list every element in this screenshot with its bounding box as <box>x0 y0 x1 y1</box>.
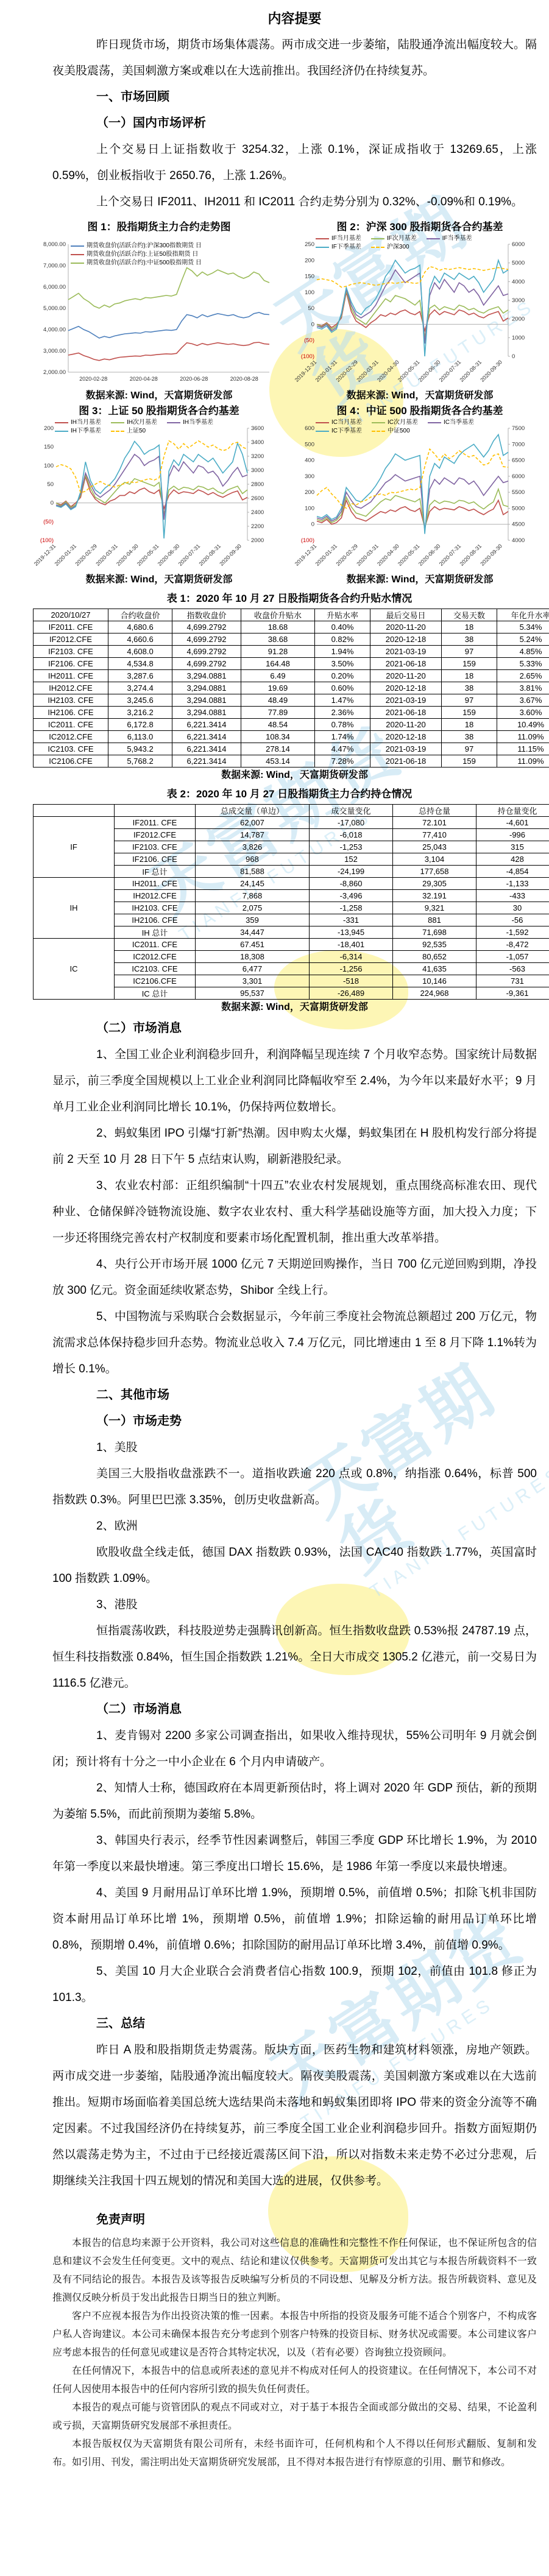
figure-3: 图 3：上证 50 股指期货各合约基差IH当月基差IH次月基差IH当季基差IH下… <box>33 404 285 588</box>
svg-text:2020-09-30: 2020-09-30 <box>479 359 503 383</box>
table-cell: IC2012.CFE <box>34 731 108 743</box>
table-cell: -1,256 <box>310 963 393 975</box>
table-cell: 11.09% <box>497 755 549 768</box>
legend-item: IH次月基差 <box>111 418 157 426</box>
table-cell: 3,826 <box>196 841 310 853</box>
table-cell: -18,401 <box>310 939 393 951</box>
table-cell: 指数收盘价 <box>172 609 241 621</box>
table-cell: 77.89 <box>241 707 315 719</box>
paragraph: 2、蚂蚁集团 IPO 引爆“打新”热潮。因申购太火爆，蚂蚁集团在 H 股机构发行… <box>52 1120 537 1173</box>
paragraph: 4、美国 9 月耐用品订单环比增 1.9%，预期增 0.5%，前值增 0.5%；… <box>52 1880 537 1958</box>
legend-label: IF次月基差 <box>387 235 417 242</box>
legend-item: IC次月基差 <box>372 418 418 426</box>
table-cell: IF2103. CFE <box>115 841 196 853</box>
svg-text:4000: 4000 <box>512 537 525 544</box>
paragraph: 美国三大股指收盘涨跌不一。道指收跌逾 220 点或 0.8%，纳指涨 0.64%… <box>52 1461 537 1513</box>
legend-swatch <box>71 245 84 247</box>
table-cell: 14,787 <box>196 829 310 841</box>
table-cell: 2020-11-20 <box>370 670 442 682</box>
svg-text:250: 250 <box>305 241 314 248</box>
chart-legend: IF当月基差IF次月基差IF当季基差IF下季基差沪深300 <box>316 235 520 251</box>
disclaimer-section: 免责声明 本报告的信息均来源于公开资料，我公司对这些信息的准确性和完整性不作任何… <box>52 2207 537 2472</box>
svg-text:2000: 2000 <box>251 537 264 544</box>
legend-swatch <box>316 431 329 432</box>
table-cell: IH2012.CFE <box>115 890 196 902</box>
svg-text:200: 200 <box>305 489 314 496</box>
table-row: IHIH2011. CFE24,145-8,86029,305-1,133 <box>34 878 549 890</box>
chart-series-line <box>68 342 269 361</box>
table-cell: 6,477 <box>196 963 310 975</box>
svg-text:6500: 6500 <box>512 457 525 464</box>
table-cell: 18 <box>442 719 497 731</box>
table-cell: 6.49 <box>241 670 315 682</box>
legend-label: IC当季基差 <box>444 418 474 426</box>
table-cell: 2021-06-18 <box>370 658 442 670</box>
table-cell: 19.69 <box>241 682 315 694</box>
table-cell: 3.50% <box>315 658 370 670</box>
table-cell: 0.20% <box>315 670 370 682</box>
table-cell: 4,534.8 <box>108 658 172 670</box>
table-cell: 0.40% <box>315 621 370 633</box>
heading-h1: 一、市场回顾 <box>96 84 537 110</box>
table-cell: IF2011. CFE <box>34 621 108 633</box>
report-content: 内容提要 昨日现货市场，期货市场集体震荡。两市成交进一步萎缩，陆股通净流出幅度较… <box>0 0 549 2472</box>
table-cell: 2021-06-18 <box>370 707 442 719</box>
legend-swatch <box>316 422 329 423</box>
svg-text:50: 50 <box>47 481 54 488</box>
table-cell: 5,943.2 <box>108 743 172 755</box>
legend-swatch <box>316 238 329 239</box>
svg-text:2800: 2800 <box>251 481 264 488</box>
table-cell: 67.451 <box>196 939 310 951</box>
legend-swatch <box>55 422 68 423</box>
paragraph: 4、央行公开市场开展 1000 亿元 7 天期逆回购操作，当日 700 亿元逆回… <box>52 1251 537 1304</box>
table-cell: 2.36% <box>315 707 370 719</box>
chart-legend: IC当月基差IC次月基差IC当季基差IC下季基差中证500 <box>316 418 520 435</box>
legend-item: IC当季基差 <box>428 418 474 426</box>
legend-label: IC当月基差 <box>331 418 362 426</box>
table-cell: 3,294.0881 <box>172 707 241 719</box>
table-cell: IH2011. CFE <box>34 670 108 682</box>
table-cell: 453.14 <box>241 755 315 768</box>
legend-item: 中证500 <box>372 427 410 435</box>
table-cell: 4,608.0 <box>108 646 172 658</box>
table-cell: IF <box>34 817 115 878</box>
legend-label: IC次月基差 <box>388 418 418 426</box>
table-cell: 97 <box>442 646 497 658</box>
chart-legend: IH当月基差IH次月基差IH当季基差IH下季基差上证50 <box>55 418 260 435</box>
table-row: IC2103. CFE5,943.26,221.3414278.144.47%2… <box>34 743 549 755</box>
table-cell: -56 <box>476 914 549 926</box>
legend-item: 期货收盘价(活跃合约):中证500股指期货 日 <box>71 259 202 267</box>
table-cell: 总成交量（单边） <box>196 805 310 817</box>
table-cell: -6,314 <box>310 951 393 963</box>
legend-label: 期货收盘价(活跃合约):上证50股指期货 日 <box>87 250 198 258</box>
table-cell: -433 <box>476 890 549 902</box>
table-cell: 5.33% <box>497 658 549 670</box>
table-cell: -518 <box>310 975 393 987</box>
page-title: 内容提要 <box>52 6 537 32</box>
table-cell: 7.28% <box>315 755 370 768</box>
table-cell: IH2103. CFE <box>34 694 108 707</box>
table-cell: 25,043 <box>393 841 476 853</box>
paragraph: 欧股收盘全线走低，德国 DAX 指数跌 0.93%，法国 CAC40 指数跌 1… <box>52 1539 537 1592</box>
table-cell: 3.60% <box>497 707 549 719</box>
table-cell: 持仓量变化 <box>476 805 549 817</box>
table-cell: -1,057 <box>476 951 549 963</box>
svg-text:2020-06-28: 2020-06-28 <box>180 376 208 382</box>
paragraph: 昨日现货市场，期货市场集体震荡。两市成交进一步萎缩，陆股通净流出幅度较大。隔夜美… <box>52 32 537 84</box>
disclaimer-paragraph: 客户不应视本报告为作出投资决策的惟一因素。本报告中所指的投资及服务可能不适合个别… <box>52 2307 537 2362</box>
table-cell: 5,768.2 <box>108 755 172 768</box>
table-cell: IC <box>34 939 115 1000</box>
table-cell: 4,699.2792 <box>172 658 241 670</box>
legend-item: IF下季基差 <box>316 243 361 251</box>
legend-item: IH下季基差 <box>55 427 101 435</box>
table-cell: 11.15% <box>497 743 549 755</box>
table-cell: 48.49 <box>241 694 315 707</box>
table-cell: 4,660.6 <box>108 633 172 646</box>
table-cell: 3,294.0881 <box>172 694 241 707</box>
legend-label: IC下季基差 <box>331 427 362 435</box>
table-cell: 2020-12-18 <box>370 731 442 743</box>
premium-discount-table: 2020/10/27合约收盘价指数收盘价收盘价升贴水升贴水率最后交易日交易天数年… <box>33 609 549 768</box>
table-cell: 7,868 <box>196 890 310 902</box>
table-cell: 38 <box>442 633 497 646</box>
svg-text:0: 0 <box>311 521 314 528</box>
table-cell: -6,018 <box>310 829 393 841</box>
chart-series-line <box>68 268 269 309</box>
svg-text:100: 100 <box>44 462 54 469</box>
table-cell: 95,537 <box>196 987 310 1000</box>
table-cell: IC2106.CFE <box>34 755 108 768</box>
table-cell: IH2103. CFE <box>115 902 196 914</box>
table-cell: IH2012.CFE <box>34 682 108 694</box>
table-cell: IH 总计 <box>115 926 196 939</box>
legend-item: IC下季基差 <box>316 427 362 435</box>
table-cell: 2021-06-18 <box>370 755 442 768</box>
table-cell: 881 <box>393 914 476 926</box>
table-cell: 2020-11-20 <box>370 621 442 633</box>
table-cell: -9,361 <box>476 987 549 1000</box>
table-cell: 5.34% <box>497 621 549 633</box>
chart-series-line <box>317 500 508 528</box>
table-cell: 9,321 <box>393 902 476 914</box>
table-row: IH2103. CFE3,245.63,294.088148.491.47%20… <box>34 694 549 707</box>
table-cell: 91.28 <box>241 646 315 658</box>
svg-text:5000: 5000 <box>512 505 525 512</box>
table-cell: 3.81% <box>497 682 549 694</box>
table-cell: 48.54 <box>241 719 315 731</box>
legend-swatch <box>428 422 441 423</box>
table-cell: 80,652 <box>393 951 476 963</box>
disclaimer-paragraph: 本报告的观点可能与资管团队的观点不同或对立，对于基于本报告全面或部分做出的交易、… <box>52 2399 537 2435</box>
legend-swatch <box>71 254 84 255</box>
table-cell: IH2106. CFE <box>115 914 196 926</box>
table-cell: 2020-12-18 <box>370 682 442 694</box>
table-row: IH2012.CFE3,274.43,294.088119.690.60%202… <box>34 682 549 694</box>
legend-swatch <box>111 431 124 432</box>
table-cell: 359 <box>196 914 310 926</box>
chart-area: 期货收盘价(活跃合约):沪深300指数期货 日期货收盘价(活跃合约):上证50股… <box>33 235 285 388</box>
report-page: 天富期货 TIANFU FUTURES 天富期货 TIANFU FUTURES … <box>0 0 549 2576</box>
table-row: IF2103. CFE4,608.04,699.279291.281.94%20… <box>34 646 549 658</box>
table-cell: 3,216.2 <box>108 707 172 719</box>
svg-text:300: 300 <box>305 473 314 480</box>
legend-swatch <box>55 431 68 432</box>
table-cell: 6,221.3414 <box>172 731 241 743</box>
figure-source: 数据来源: Wind，天富期货研发部 <box>33 388 285 404</box>
table-cell: -996 <box>476 829 549 841</box>
legend-label: IF当月基差 <box>331 235 361 242</box>
legend-item: 期货收盘价(活跃合约):上证50股指期货 日 <box>71 250 202 258</box>
table-row: ICIC2011. CFE67.451-18,40192,535-8,472 <box>34 939 549 951</box>
heading-h2: （二）市场消息 <box>96 1696 537 1723</box>
paragraph: 上个交易日 IF2011、IH2011 和 IC2011 合约走势分别为 0.3… <box>52 189 537 215</box>
table-cell: 4.47% <box>315 743 370 755</box>
svg-text:100: 100 <box>305 505 314 512</box>
open-interest-table: 总成交量（单边）成交量变化总持仓量持仓量变化IFIF2011. CFE62,00… <box>33 804 549 1000</box>
legend-item: IF次月基差 <box>371 235 417 242</box>
table-cell: -8,860 <box>310 878 393 890</box>
heading-h1: 三、总结 <box>96 2011 537 2037</box>
chart-area: IF当月基差IF次月基差IF当季基差IF下季基差沪深30025020015010… <box>294 235 546 388</box>
table-cell: 3.67% <box>497 694 549 707</box>
paragraph: 3、韩国央行表示，经季节性因素调整后，韩国三季度 GDP 环比增长 1.9%，为… <box>52 1827 537 1880</box>
disclaimer-paragraphs: 本报告的信息均来源于公开资料，我公司对这些信息的准确性和完整性不作任何保证，也不… <box>52 2234 537 2472</box>
legend-label: IH当月基差 <box>71 418 101 426</box>
table-cell: 年化升水率 <box>497 609 549 621</box>
legend-label: IH下季基差 <box>71 427 101 435</box>
chart-series-line <box>56 442 247 538</box>
table-row: IF2012.CFE4,660.64,699.279238.680.82%202… <box>34 633 549 646</box>
table-cell: 4,680.6 <box>108 621 172 633</box>
table-cell: 2021-03-19 <box>370 694 442 707</box>
svg-text:6,000.00: 6,000.00 <box>43 284 66 291</box>
figure-source: 数据来源: Wind，天富期货研发部 <box>294 572 546 588</box>
table-cell: 34,447 <box>196 926 310 939</box>
figure-1: 图 1：股指期货主力合约走势图期货收盘价(活跃合约):沪深300指数期货 日期货… <box>33 220 285 404</box>
legend-item: IC当月基差 <box>316 418 362 426</box>
legend-swatch <box>372 431 385 432</box>
table-cell: 6,113.0 <box>108 731 172 743</box>
heading-h3: 2、欧洲 <box>96 1513 537 1539</box>
legend-label: 沪深300 <box>387 243 409 251</box>
table-cell: IF2106. CFE <box>115 853 196 866</box>
svg-text:2400: 2400 <box>251 509 264 516</box>
table-cell: 0.82% <box>315 633 370 646</box>
table-cell: 6,221.3414 <box>172 743 241 755</box>
heading-h1: 二、其他市场 <box>96 1382 537 1408</box>
svg-text:2,000.00: 2,000.00 <box>43 369 66 376</box>
table-cell: 4.85% <box>497 646 549 658</box>
table-cell: 177,658 <box>393 866 476 878</box>
table-cell: 6,172.8 <box>108 719 172 731</box>
table-cell: 收盘价升贴水 <box>241 609 315 621</box>
table-cell: 3,287.6 <box>108 670 172 682</box>
table-cell: IC2012.CFE <box>115 951 196 963</box>
paragraph: 3、农业农村部：正组织编制“十四五”农业农村发展规划，重点围绕高标准农田、现代种… <box>52 1173 537 1251</box>
table-cell: 24,145 <box>196 878 310 890</box>
table-cell: 1.47% <box>315 694 370 707</box>
legend-label: 上证50 <box>127 427 146 435</box>
svg-text:1000: 1000 <box>512 334 525 341</box>
table-cell: 2020-12-18 <box>370 633 442 646</box>
svg-text:7,000.00: 7,000.00 <box>43 263 66 269</box>
table-cell: 164.48 <box>241 658 315 670</box>
figure-title: 图 3：上证 50 股指期货各合约基差 <box>33 404 285 418</box>
table-cell: 3,245.6 <box>108 694 172 707</box>
legend-label: 中证500 <box>388 427 410 435</box>
table-cell: 4,699.2792 <box>172 621 241 633</box>
legend-label: 期货收盘价(活跃合约):沪深300指数期货 日 <box>87 242 202 250</box>
charts-grid: 图 1：股指期货主力合约走势图期货收盘价(活跃合约):沪深300指数期货 日期货… <box>33 220 546 588</box>
table-header-row: 总成交量（单边）成交量变化总持仓量持仓量变化 <box>34 805 549 817</box>
table-cell: 18.68 <box>241 621 315 633</box>
svg-text:(100): (100) <box>40 537 54 544</box>
svg-text:2020-09-30: 2020-09-30 <box>218 543 243 567</box>
table-cell: IH <box>34 878 115 939</box>
table-cell: 升贴水率 <box>315 609 370 621</box>
table-cell: 3,294.0881 <box>172 682 241 694</box>
legend-swatch <box>71 263 84 264</box>
table-cell: 29,305 <box>393 878 476 890</box>
disclaimer-paragraph: 本报告的信息均来源于公开资料，我公司对这些信息的准确性和完整性不作任何保证，也不… <box>52 2234 537 2307</box>
svg-text:2200: 2200 <box>251 523 264 530</box>
table-cell: IF2012.CFE <box>34 633 108 646</box>
table-cell: 32.191 <box>393 890 476 902</box>
table-cell: IC 总计 <box>115 987 196 1000</box>
svg-text:(100): (100) <box>301 353 314 360</box>
paragraph: 1、麦肯锡对 2200 多家公司调查指出，如果收入维持现状，55%公司明年 9 … <box>52 1723 537 1775</box>
table-cell: 2020-11-20 <box>370 719 442 731</box>
figure-4: 图 4：中证 500 股指期货各合约基差IC当月基差IC次月基差IC当季基差IC… <box>294 404 546 588</box>
table-cell: 2021-03-19 <box>370 646 442 658</box>
table-cell: 97 <box>442 743 497 755</box>
table-cell: 731 <box>476 975 549 987</box>
table-cell: 6,221.3414 <box>172 755 241 768</box>
table-cell: 224,968 <box>393 987 476 1000</box>
svg-text:500: 500 <box>305 441 314 448</box>
legend-label: 期货收盘价(活跃合约):中证500股指期货 日 <box>87 259 202 267</box>
svg-text:3200: 3200 <box>251 453 264 460</box>
legend-label: IH次月基差 <box>127 418 157 426</box>
table-cell: 38 <box>442 731 497 743</box>
legend-swatch <box>371 238 384 239</box>
figure-title: 图 4：中证 500 股指期货各合约基差 <box>294 404 546 418</box>
svg-text:150: 150 <box>305 273 314 280</box>
table-cell: 72.101 <box>393 817 476 829</box>
table1-title: 表 1：2020 年 10 月 27 日股指期货各合约升贴水情况 <box>33 590 546 607</box>
paragraph: 2、知情人士称，德国政府在本周更新预估时，将上调对 2020 年 GDP 预估，… <box>52 1775 537 1827</box>
legend-swatch <box>316 247 329 248</box>
legend-item: 沪深300 <box>371 243 409 251</box>
table-cell: 0.78% <box>315 719 370 731</box>
figure-source: 数据来源: Wind，天富期货研发部 <box>33 572 285 588</box>
svg-text:6000: 6000 <box>512 473 525 480</box>
legend-swatch <box>167 422 180 423</box>
table-cell: 81,588 <box>196 866 310 878</box>
table-cell: -24,199 <box>310 866 393 878</box>
table-cell: 92,535 <box>393 939 476 951</box>
table-cell: 315 <box>476 841 549 853</box>
chart-area: IC当月基差IC次月基差IC当季基差IC下季基差中证50060050040030… <box>294 418 546 572</box>
table-cell: 968 <box>196 853 310 866</box>
table-cell: IC2011. CFE <box>34 719 108 731</box>
disclaimer-paragraph: 在任何情况下，本报告中的信息或所表述的意见并不构成对任何人的投资建议。在任何情况… <box>52 2362 537 2399</box>
table-cell: 10,146 <box>393 975 476 987</box>
table-cell: 152 <box>310 853 393 866</box>
svg-text:2020-04-28: 2020-04-28 <box>130 376 158 382</box>
svg-text:5000: 5000 <box>512 260 525 267</box>
table-cell: 18 <box>442 670 497 682</box>
table-cell: -17,080 <box>310 817 393 829</box>
figure-source: 数据来源: Wind，天富期货研发部 <box>294 388 546 404</box>
svg-text:7000: 7000 <box>512 441 525 448</box>
svg-text:3,000.00: 3,000.00 <box>43 348 66 355</box>
figure-title: 图 2：沪深 300 股指期货各合约基差 <box>294 220 546 235</box>
heading-h3: 3、港股 <box>96 1592 537 1618</box>
svg-text:3000: 3000 <box>251 467 264 474</box>
legend-swatch <box>371 247 384 248</box>
table-cell: -8,472 <box>476 939 549 951</box>
table-cell: 4,699.2792 <box>172 646 241 658</box>
svg-text:2600: 2600 <box>251 495 264 502</box>
section-market-review: 昨日现货市场，期货市场集体震荡。两市成交进一步萎缩，陆股通净流出幅度较大。隔夜美… <box>52 32 537 215</box>
table-cell: 159 <box>442 755 497 768</box>
chart-series-line <box>68 312 269 338</box>
table1-source: 数据来源: Wind，天富期货研发部 <box>52 768 537 783</box>
legend-label: IF下季基差 <box>331 243 361 251</box>
table-cell <box>115 805 196 817</box>
legend-label: IH当季基差 <box>183 418 213 426</box>
svg-text:(50): (50) <box>304 337 314 344</box>
legend-label: IF当季基差 <box>442 235 472 242</box>
table-cell: 38.68 <box>241 633 315 646</box>
table-cell: 38 <box>442 682 497 694</box>
svg-text:3400: 3400 <box>251 439 264 446</box>
legend-item: 上证50 <box>111 427 146 435</box>
table-cell: 2,075 <box>196 902 310 914</box>
table-cell: 11.09% <box>497 731 549 743</box>
legend-swatch <box>427 238 440 239</box>
chart-series-line <box>317 260 508 356</box>
legend-item: 期货收盘价(活跃合约):沪深300指数期货 日 <box>71 242 202 250</box>
table-cell: 总持仓量 <box>393 805 476 817</box>
table-cell: IH2011. CFE <box>115 878 196 890</box>
table-cell: 合约收盘价 <box>108 609 172 621</box>
svg-text:4500: 4500 <box>512 521 525 528</box>
paragraph: 上个交易日上证指数收于 3254.32，上涨 0.1%，深证成指收于 13269… <box>52 136 537 189</box>
chart-series-line <box>317 270 508 344</box>
chart-svg: 6005004003002001000(100)7500700065006000… <box>294 418 536 571</box>
svg-text:200: 200 <box>44 425 54 432</box>
table-cell: 18 <box>442 621 497 633</box>
table-cell: 62,007 <box>196 817 310 829</box>
table-cell: 4,699.2792 <box>172 633 241 646</box>
legend-item: IF当季基差 <box>427 235 472 242</box>
svg-text:2000: 2000 <box>512 316 525 323</box>
table-cell: -26,489 <box>310 987 393 1000</box>
table2-title: 表 2：2020 年 10 月 27 日股指期货主力合约持仓情况 <box>33 786 546 803</box>
table-cell: IF2012.CFE <box>115 829 196 841</box>
table-row: IC2011. CFE6,172.86,221.341448.540.78%20… <box>34 719 549 731</box>
chart-legend: 期货收盘价(活跃合约):沪深300指数期货 日期货收盘价(活跃合约):上证50股… <box>71 242 202 267</box>
table-cell: 2.65% <box>497 670 549 682</box>
svg-text:4000: 4000 <box>512 278 525 285</box>
svg-text:400: 400 <box>305 457 314 464</box>
paragraph: 1、全国工业企业利润稳步回升，利润降幅呈现连续 7 个月收窄态势。国家统计局数据… <box>52 1042 537 1120</box>
